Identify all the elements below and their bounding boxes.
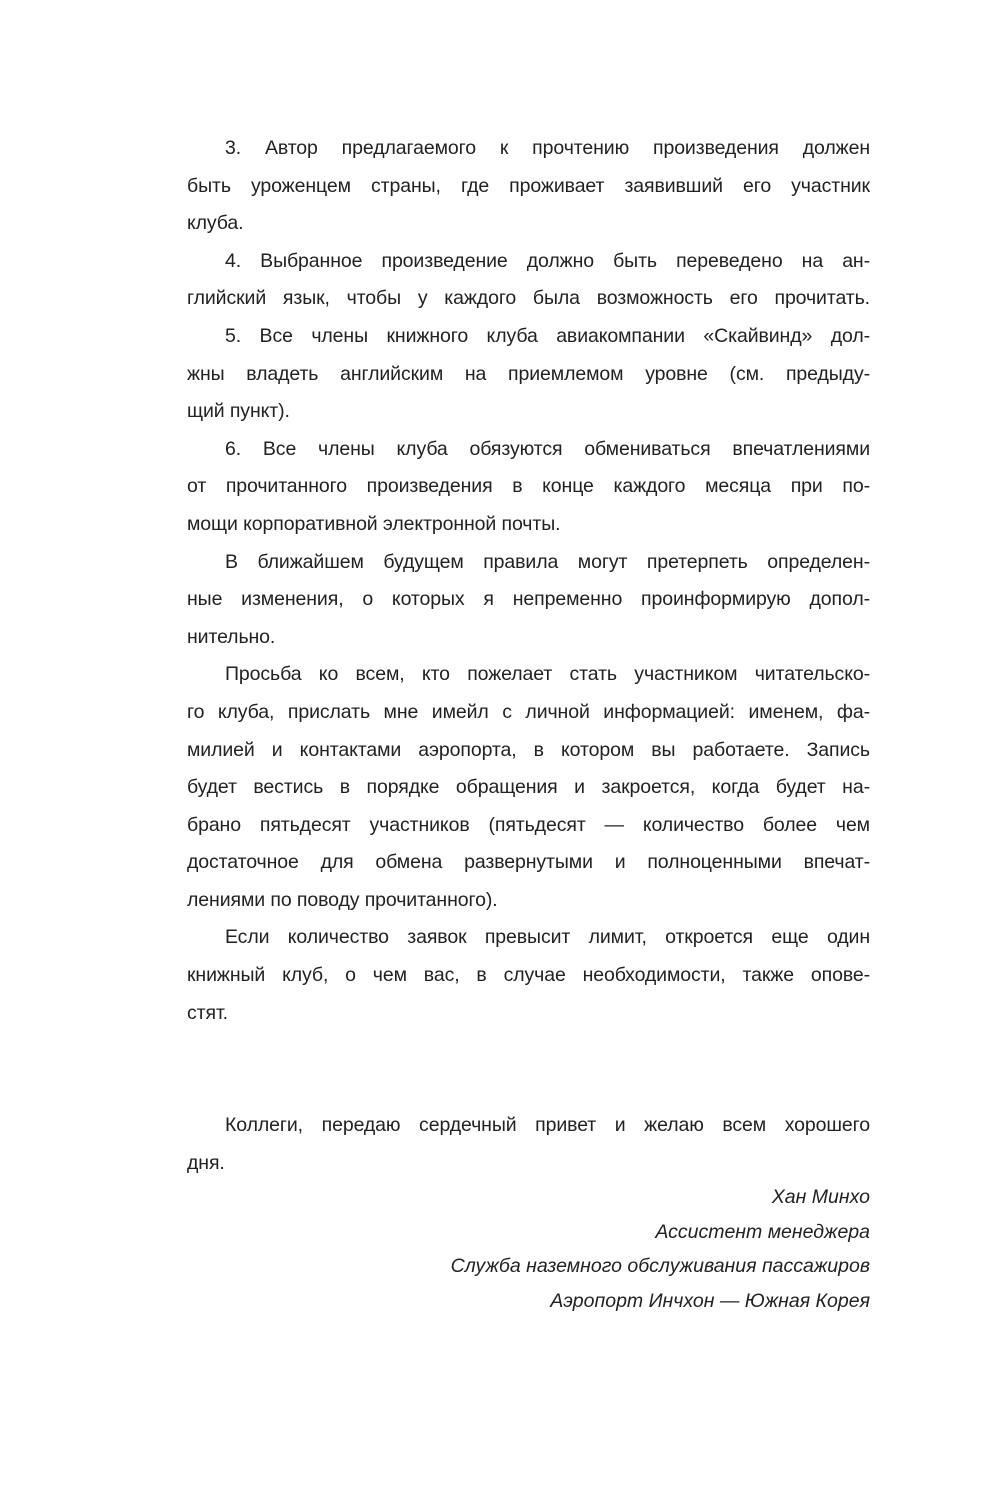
- text-line: В ближайшем будущем правила могут претер…: [187, 544, 870, 582]
- text-line: 3. Автор предлагаемого к прочтению произ…: [187, 130, 870, 168]
- paragraph-future-changes: В ближайшем будущем правила могут претер…: [187, 544, 870, 657]
- text-line: книжный клуб, о чем вас, в случае необхо…: [187, 957, 870, 995]
- text-line: 4. Выбранное произведение должно быть пе…: [187, 243, 870, 281]
- paragraph-spacer: [187, 1032, 870, 1107]
- text-line: Коллеги, передаю сердечный привет и жела…: [187, 1107, 870, 1145]
- paragraph-rule-4: 4. Выбранное произведение должно быть пе…: [187, 243, 870, 318]
- paragraph-signup-request: Просьба ко всем, кто пожелает стать учас…: [187, 656, 870, 919]
- document-body: 3. Автор предлагаемого к прочтению произ…: [187, 130, 870, 1182]
- text-line: Просьба ко всем, кто пожелает стать учас…: [187, 656, 870, 694]
- text-line: быть уроженцем страны, где проживает зая…: [187, 168, 870, 206]
- text-line: лениями по поводу прочитанного).: [187, 882, 870, 920]
- paragraph-rule-5: 5. Все члены книжного клуба авиакомпании…: [187, 318, 870, 431]
- text-line: глийский язык, чтобы у каждого была возм…: [187, 280, 870, 318]
- signature-department: Служба наземного обслуживания пассажиров: [451, 1249, 870, 1284]
- text-line: дня.: [187, 1145, 870, 1183]
- paragraph-rule-3: 3. Автор предлагаемого к прочтению произ…: [187, 130, 870, 243]
- text-line: будет вестись в порядке обращения и закр…: [187, 769, 870, 807]
- paragraph-limit-note: Если количество заявок превысит лимит, о…: [187, 919, 870, 1032]
- paragraph-rule-6: 6. Все члены клуба обязуются обмениватьс…: [187, 431, 870, 544]
- signature-position: Ассистент менеджера: [451, 1215, 870, 1250]
- text-line: нительно.: [187, 619, 870, 657]
- text-line: милией и контактами аэропорта, в котором…: [187, 732, 870, 770]
- text-line: 5. Все члены книжного клуба авиакомпании…: [187, 318, 870, 356]
- text-line: 6. Все члены клуба обязуются обмениватьс…: [187, 431, 870, 469]
- text-line: ные изменения, о которых я непременно пр…: [187, 581, 870, 619]
- text-line: го клуба, прислать мне имейл с личной ин…: [187, 694, 870, 732]
- signature-name: Хан Минхо: [451, 1180, 870, 1215]
- text-line: достаточное для обмена развернутыми и по…: [187, 844, 870, 882]
- text-line: жны владеть английским на приемлемом уро…: [187, 356, 870, 394]
- signature-block: Хан Минхо Ассистент менеджера Служба наз…: [451, 1180, 870, 1318]
- text-line: мощи корпоративной электронной почты.: [187, 506, 870, 544]
- text-line: брано пятьдесят участников (пятьдесят — …: [187, 807, 870, 845]
- paragraph-closing: Коллеги, передаю сердечный привет и жела…: [187, 1107, 870, 1182]
- text-line: стят.: [187, 995, 870, 1033]
- signature-location: Аэропорт Инчхон — Южная Корея: [451, 1284, 870, 1319]
- text-line: от прочитанного произведения в конце каж…: [187, 468, 870, 506]
- text-line: щий пункт).: [187, 393, 870, 431]
- text-line: клуба.: [187, 205, 870, 243]
- text-line: Если количество заявок превысит лимит, о…: [187, 919, 870, 957]
